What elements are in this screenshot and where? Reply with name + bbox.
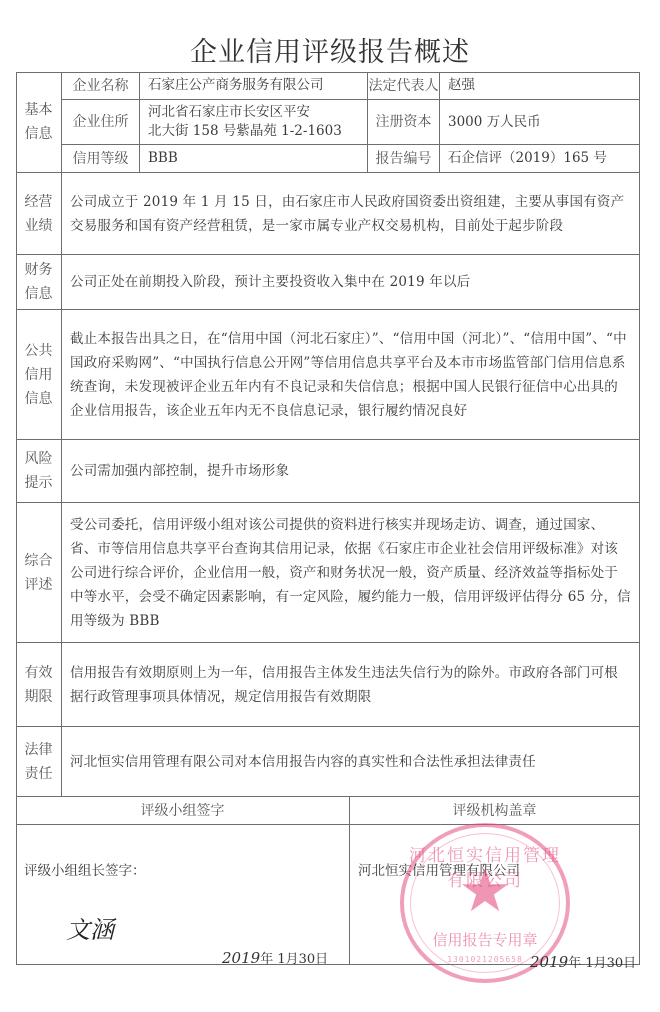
credit-grade-label: 信用等级 bbox=[62, 145, 140, 173]
section-text-legal-liability: 河北恒实信用管理有限公司对本信用报告内容的真实性和合法性承担法律责任 bbox=[62, 727, 640, 797]
team-signature-header: 评级小组签字 bbox=[16, 797, 350, 825]
legal-rep-label: 法定代表人 bbox=[368, 72, 440, 100]
section-text-business-performance: 公司成立于 2019 年 1 月 15 日，由石家庄市人民政府国资委出资组建，主… bbox=[62, 173, 640, 255]
team-sign-date: 2019年 1月30日 bbox=[222, 948, 328, 967]
team-leader-signature: 文涵 bbox=[66, 910, 114, 945]
team-sign-date-rest: 年 1月30日 bbox=[260, 952, 328, 967]
org-seal-header: 评级机构盖章 bbox=[350, 797, 640, 825]
registered-capital-label: 注册资本 bbox=[368, 100, 440, 145]
seal-star-icon: ★ bbox=[458, 856, 512, 926]
section-label-public-credit-info: 公共 信用 信息 bbox=[16, 310, 62, 440]
section-text-validity-period: 信用报告有效期原则上为一年，信用报告主体发生违法失信行为的除外。市政府各部门可根… bbox=[62, 643, 640, 727]
section-text-risk-warning: 公司需加强内部控制，提升市场形象 bbox=[62, 440, 640, 503]
address-label: 企业住所 bbox=[62, 100, 140, 145]
section-label-risk-warning: 风险 提示 bbox=[16, 440, 62, 503]
team-leader-signature-label: 评级小组组长签字： bbox=[24, 861, 146, 882]
org-seal-date: 2019年 1月30日 bbox=[530, 952, 636, 971]
section-label-business-performance: 经营 业绩 bbox=[16, 173, 62, 255]
section-label-validity-period: 有效 期限 bbox=[16, 643, 62, 727]
org-seal-date-year: 2019 bbox=[530, 953, 568, 971]
section-label-overall-review: 综合 评述 bbox=[16, 503, 62, 643]
section-text-overall-review: 受公司委托，信用评级小组对该公司提供的资料进行核实并现场走访、调查，通过国家、省… bbox=[62, 503, 640, 643]
credit-grade-value: BBB bbox=[140, 145, 368, 173]
legal-rep-value: 赵强 bbox=[440, 72, 640, 100]
registered-capital-value: 3000 万人民币 bbox=[440, 100, 640, 145]
team-sign-date-year: 2019 bbox=[222, 949, 260, 967]
company-name-value: 石家庄公产商务服务有限公司 bbox=[140, 72, 368, 100]
section-label-basic-info: 基本 信息 bbox=[16, 72, 62, 173]
section-label-financial-info: 财务 信息 bbox=[16, 255, 62, 310]
company-name-label: 企业名称 bbox=[62, 72, 140, 100]
report-no-label: 报告编号 bbox=[368, 145, 440, 173]
section-label-legal-liability: 法律 责任 bbox=[16, 727, 62, 797]
section-text-public-credit-info: 截止本报告出具之日，在“信用中国（河北石家庄）”、“信用中国（河北）”、“信用中… bbox=[62, 310, 640, 440]
report-no-value: 石企信评（2019）165 号 bbox=[440, 145, 640, 173]
document-title: 企业信用评级报告概述 bbox=[0, 30, 660, 69]
address-value: 河北省石家庄市长安区平安 北大街 158 号紫晶苑 1-2-1603 bbox=[140, 100, 368, 145]
section-text-financial-info: 公司正处在前期投入阶段，预计主要投资收入集中在 2019 年以后 bbox=[62, 255, 640, 310]
address-line-2: 北大街 158 号紫晶苑 1-2-1603 bbox=[148, 122, 342, 141]
seal-bottom-text: 信用报告专用章 bbox=[404, 929, 566, 950]
org-seal-date-rest: 年 1月30日 bbox=[568, 956, 636, 971]
address-line-1: 河北省石家庄市长安区平安 bbox=[148, 103, 310, 122]
